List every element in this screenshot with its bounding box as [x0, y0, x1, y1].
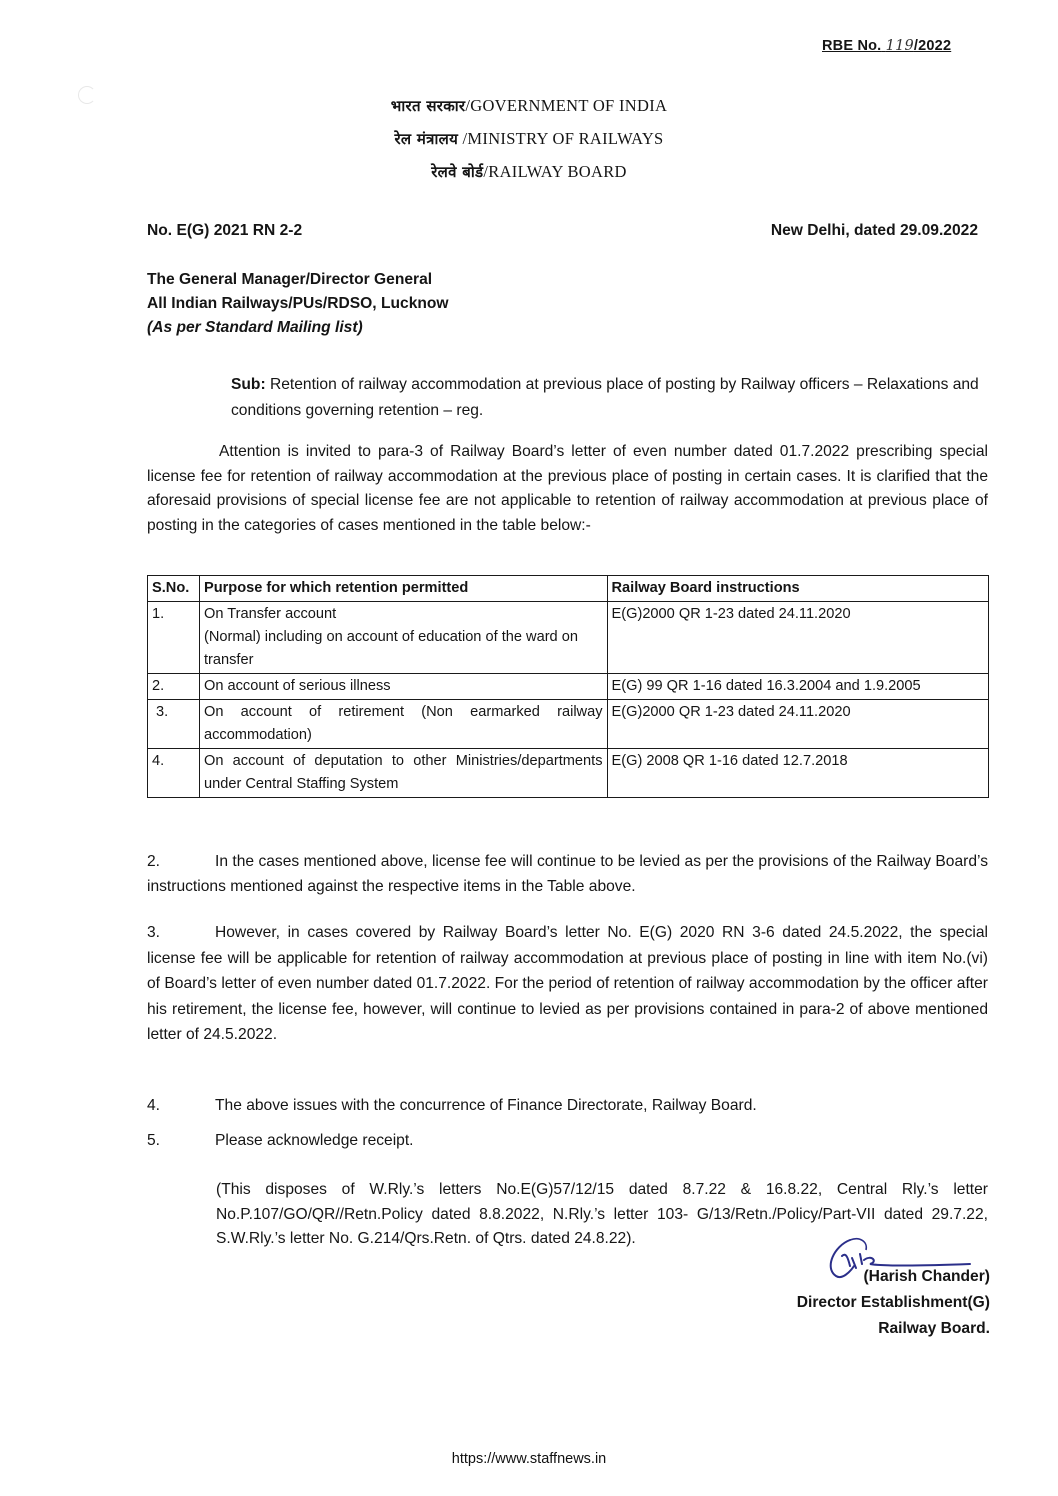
cell-instruction: E(G) 99 QR 1-16 dated 16.3.2004 and 1.9.… [607, 674, 988, 700]
cell-purpose: On account of serious illness [199, 674, 607, 700]
cell-purpose: On account of retirement (Non earmarked … [199, 700, 607, 749]
paragraph-number: 2. [147, 850, 215, 875]
rbe-number: RBE No. 119/2022 [822, 38, 951, 54]
letterhead-board: रेलवे बोर्ड/RAILWAY BOARD [0, 162, 1058, 182]
table-header-row: S.No. Purpose for which retention permit… [148, 576, 989, 602]
signatory-name: (Harish Chander) [797, 1264, 990, 1290]
footer-url[interactable]: https://www.staffnews.in [0, 1451, 1058, 1467]
cell-purpose: On Transfer account (Normal) including o… [199, 602, 607, 674]
paragraph-2: 2.In the cases mentioned above, license … [147, 850, 988, 899]
signature-block: (Harish Chander) Director Establishment(… [797, 1264, 990, 1342]
place-and-date: New Delhi, dated 29.09.2022 [771, 222, 978, 240]
header-sno: S.No. [148, 576, 200, 602]
cell-sno: 4. [148, 749, 200, 798]
rbe-handwritten-number: 119 [886, 38, 914, 54]
cell-instruction: E(G) 2008 QR 1-16 dated 12.7.2018 [607, 749, 988, 798]
cell-instruction: E(G)2000 QR 1-23 dated 24.11.2020 [607, 602, 988, 674]
table-row: 1. On Transfer account (Normal) includin… [148, 602, 989, 674]
rbe-prefix: RBE No. [822, 38, 881, 54]
signatory-office: Railway Board. [797, 1316, 990, 1342]
subject-label: Sub: [231, 376, 266, 393]
subject-text: Retention of railway accommodation at pr… [231, 376, 979, 419]
cell-sno: 2. [148, 674, 200, 700]
paragraph-number: 5. [147, 1129, 215, 1154]
cell-purpose: On account of deputation to other Minist… [199, 749, 607, 798]
table-row: 4. On account of deputation to other Min… [148, 749, 989, 798]
cell-sno: 3. [148, 700, 200, 749]
retention-table: S.No. Purpose for which retention permit… [147, 575, 989, 798]
paragraph-3: 3.However, in cases covered by Railway B… [147, 920, 988, 1048]
mailing-list-note: (As per Standard Mailing list) [147, 316, 449, 340]
paragraph-number: 4. [147, 1094, 215, 1119]
cell-instruction: E(G)2000 QR 1-23 dated 24.11.2020 [607, 700, 988, 749]
table-row: 2. On account of serious illness E(G) 99… [148, 674, 989, 700]
subject: Sub: Retention of railway accommodation … [231, 372, 988, 424]
header-instructions: Railway Board instructions [607, 576, 988, 602]
cell-sno: 1. [148, 602, 200, 674]
header-purpose: Purpose for which retention permitted [199, 576, 607, 602]
paragraph-number: 3. [147, 920, 215, 946]
letter-number: No. E(G) 2021 RN 2-2 [147, 222, 302, 240]
letterhead-ministry: रेल मंत्रालय /MINISTRY OF RAILWAYS [0, 129, 1058, 149]
signatory-designation: Director Establishment(G) [797, 1290, 990, 1316]
paragraph-4: 4.The above issues with the concurrence … [147, 1094, 988, 1119]
addressee-line: All Indian Railways/PUs/RDSO, Lucknow [147, 292, 449, 316]
letterhead-government: भारत सरकार/GOVERNMENT OF INDIA [0, 96, 1058, 116]
addressee-block: The General Manager/Director General All… [147, 268, 449, 340]
table-row: 3. On account of retirement (Non earmark… [148, 700, 989, 749]
paragraph-1: Attention is invited to para-3 of Railwa… [147, 440, 988, 538]
addressee-line: The General Manager/Director General [147, 268, 449, 292]
rbe-year: /2022 [914, 38, 951, 54]
paragraph-5: 5.Please acknowledge receipt. [147, 1129, 988, 1154]
